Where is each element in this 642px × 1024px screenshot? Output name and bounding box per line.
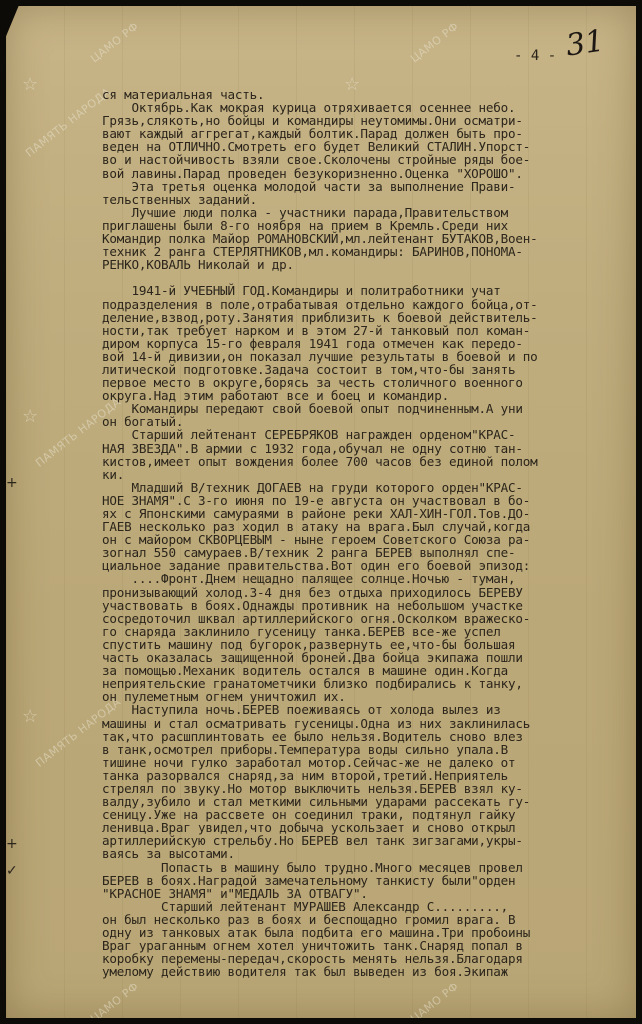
text-line: БЕРЕВ в боях.Наградой замечательному тан… bbox=[102, 874, 642, 887]
text-line: Лучшие люди полка - участники парада,Пра… bbox=[102, 206, 642, 219]
text-line: НАЯ ЗВЕЗДА".В армии с 1932 года,обучал н… bbox=[102, 442, 642, 455]
margin-mark: + bbox=[6, 836, 18, 852]
text-line: ки. bbox=[102, 468, 642, 481]
text-line: РЕНКО,КОВАЛЬ Николай и др. bbox=[102, 258, 642, 271]
text-line: Эта третья оценка молодой части за выпол… bbox=[102, 180, 642, 193]
text-line: тельственных заданий. bbox=[102, 193, 642, 206]
text-line: пронизывающий холод.3-4 дня без отдыха п… bbox=[102, 586, 642, 599]
text-line: танка разорвался снаряд,за ним второй,тр… bbox=[102, 769, 642, 782]
typewritten-body: ся материальная часть. Октябрь.Как мокра… bbox=[102, 88, 642, 978]
text-line: ности,так требует нарком и в этом 27-й т… bbox=[102, 324, 642, 337]
text-line: Наступила ночь.БЕРЕВ поеживаясь от холод… bbox=[102, 703, 642, 716]
handwritten-folio-number: 31 bbox=[564, 24, 607, 64]
text-line: "КРАСНОЕ ЗНАМЯ" и"МЕДАЛЬ ЗА ОТВАГУ". bbox=[102, 887, 642, 900]
text-line: 1941-й УЧЕБНЫЙ ГОД.Командиры и политрабо… bbox=[102, 284, 642, 297]
star-watermark-icon: ☆ bbox=[22, 406, 38, 427]
text-line: тишине ночи гулко заработал мотор.Сейчас… bbox=[102, 756, 642, 769]
margin-mark: + bbox=[6, 475, 18, 491]
text-line: Командиры передают свой боевой опыт подч… bbox=[102, 402, 642, 415]
text-line: го снаряда заклинило гусеницу танка.БЕРЕ… bbox=[102, 625, 642, 638]
text-line: в танк,осмотрел приборы.Температура воды… bbox=[102, 743, 642, 756]
text-line: деление,взвод,роту.Занятия приблизить к … bbox=[102, 311, 642, 324]
text-line: Старший лейтенант МУРАШЕВ Александр С...… bbox=[102, 900, 642, 913]
text-line: ....Фронт.Днем нещадно палящее солнце.Но… bbox=[102, 572, 642, 585]
star-watermark-icon: ☆ bbox=[22, 706, 38, 727]
text-line: сосредоточил шквал артиллерийского огня.… bbox=[102, 612, 642, 625]
text-line: Попасть в машину было трудно.Много месяц… bbox=[102, 861, 642, 874]
text-line: диром корпуса 15-го февраля 1941 года от… bbox=[102, 337, 642, 350]
text-line: кистов,имеет опыт вождения более 700 час… bbox=[102, 455, 642, 468]
text-line: участвовать в боях.Однажды противник на … bbox=[102, 599, 642, 612]
text-line: Старший лейтенант СЕРЕБРЯКОВ награжден о… bbox=[102, 428, 642, 441]
page-number: - 4 - bbox=[514, 48, 556, 64]
text-line: Младший В/техник ДОГАЕВ на груди которог… bbox=[102, 481, 642, 494]
text-line: вой лавины.Парад проведен безукоризненно… bbox=[102, 167, 642, 180]
document-page: ЦАМО РФ ЦАМО РФ ПАМЯТЬ НАРОДА ПАМЯТЬ НАР… bbox=[6, 6, 636, 1018]
text-line: машины и стал осматривать гусеницы.Одна … bbox=[102, 717, 642, 730]
text-line: во и настойчивость взяли свое.Сколочены … bbox=[102, 153, 642, 166]
margin-mark: ✓ bbox=[6, 863, 18, 879]
text-line: так,что расшплинтовать ее было нельзя.Во… bbox=[102, 730, 642, 743]
text-line: ваясь за высотами. bbox=[102, 847, 642, 860]
text-line: вой 14-й дивизии,он показал лучшие резул… bbox=[102, 350, 642, 363]
text-line: умелому действию водителя так был выведе… bbox=[102, 965, 642, 978]
star-watermark-icon: ☆ bbox=[22, 74, 38, 95]
text-line: подразделения в поле,отрабатывая отдельн… bbox=[102, 298, 642, 311]
